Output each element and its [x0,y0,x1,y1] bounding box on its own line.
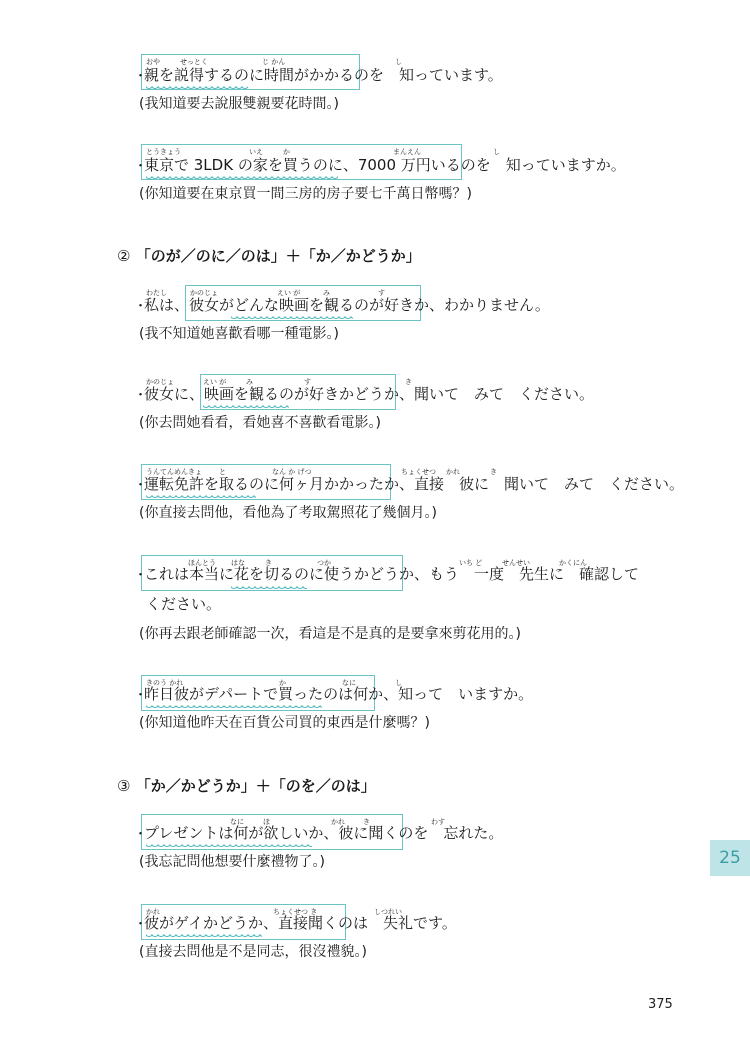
bullet: ・ [134,157,144,177]
wavy-underline [231,316,353,320]
bullet: ・ [134,566,144,586]
example-sentence: ・これは本当に花を切るのに使うかどうか、もう 一度 先生に 確認して [134,564,639,586]
bullet: ・ [134,476,144,496]
wavy-underline [146,705,322,709]
translation: (我忘記問他想要什麼禮物了。) [139,852,325,872]
translation: (我知道要去說服雙親要花時間。) [139,94,339,114]
example-sentence: ・東京で 3LDK の家を買うのに、7000 万円いるのを 知っていますか。 [134,155,626,177]
example-sentence-continued: ください。 [146,594,221,614]
bullet: ・ [134,297,144,317]
section-title: 「のが／のに／のは」＋「か／かどうか」 [136,247,421,265]
section-title: 「か／かどうか」＋「のを／のは」 [136,777,376,795]
bullet: ・ [134,386,144,406]
section-heading-2: ② 「のが／のに／のは」＋「か／かどうか」 [117,245,421,266]
example-sentence: ・運転免許を取るのに何ヶ月かかったか、直接 彼に 聞いて みて ください。 [134,474,684,496]
example-sentence: ・プレゼントは何が欲しいか、彼に聞くのを 忘れた。 [134,823,503,845]
wavy-underline [146,844,312,848]
translation: (你直接去問他，看他為了考取駕照花了幾個月。) [139,503,437,523]
example-sentence: ・親を説得するのに時間がかかるのを 知っています。 [134,65,503,87]
bullet: ・ [134,67,144,87]
section-number: ② [117,247,130,265]
translation: (你去問她看看，看她喜不喜歡看電影。) [139,413,381,433]
chapter-tab: 25 [710,840,750,876]
translation: (你知道他昨天在百貨公司買的東西是什麼嗎？) [139,713,430,733]
bullet: ・ [134,915,144,935]
wavy-underline [231,586,307,590]
example-sentence: ・私は、彼女がどんな映画を観るのが好きか、わかりません。 [134,295,550,317]
translation: (直接去問他是不是同志，很沒禮貌。) [139,942,367,962]
wavy-underline [146,934,262,938]
wavy-underline [146,86,248,90]
section-number: ③ [117,777,130,795]
wavy-underline [146,495,256,499]
example-sentence: ・彼がゲイかどうか、直接聞くのは 失礼です。 [134,913,457,935]
section-heading-3: ③ 「か／かどうか」＋「のを／のは」 [117,775,376,796]
bullet: ・ [134,686,144,706]
example-sentence: ・昨日彼がデパートで買ったのは何か、知って いますか。 [134,684,533,706]
page-number: 375 [648,997,673,1012]
translation: (我不知道她喜歡看哪一種電影。) [139,324,339,344]
wavy-underline [146,176,338,180]
wavy-underline [203,405,289,409]
example-sentence: ・彼女に、映画を観るのが好きかどうか、聞いて みて ください。 [134,384,594,406]
bullet: ・ [134,825,144,845]
translation: (你知道要在東京買一間三房的房子要七千萬日幣嗎？) [139,184,472,204]
translation: (你再去跟老師確認一次，看這是不是真的是要拿來剪花用的。) [139,624,521,644]
